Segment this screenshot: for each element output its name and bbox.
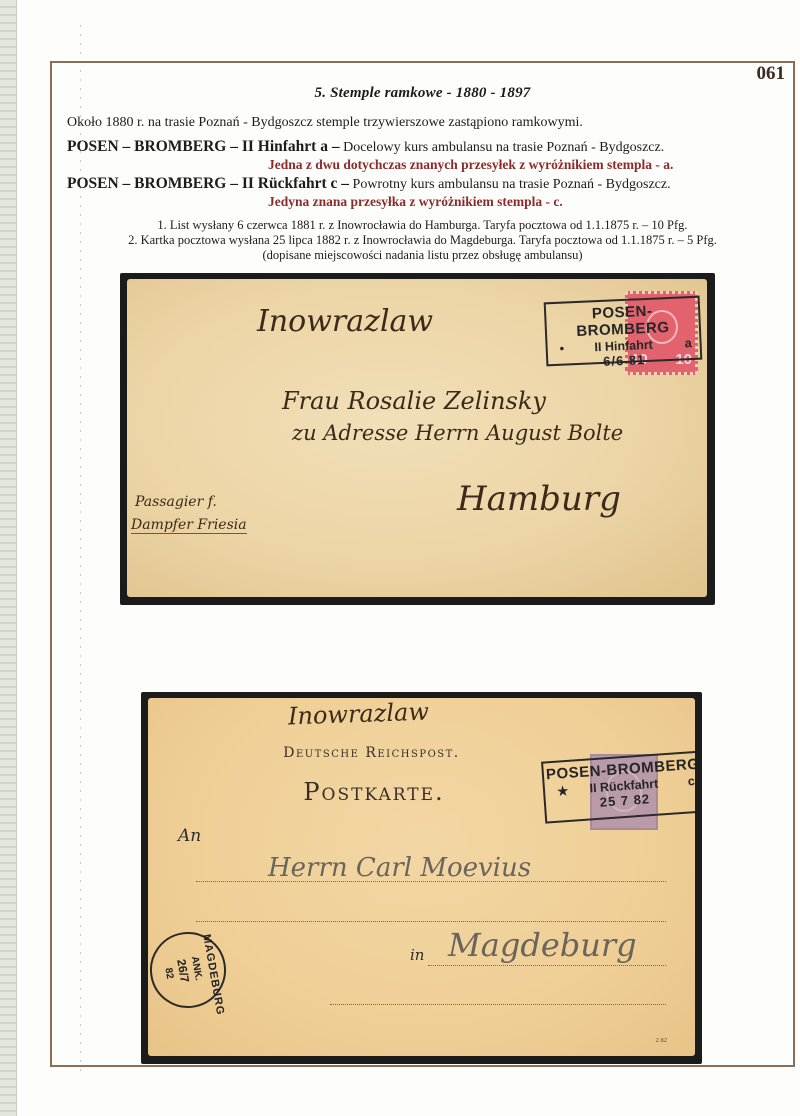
- frame-cancel-hinfahrt: POSEN-BROMBERG • II Hinfahrt a 6/6 81: [544, 296, 703, 367]
- cancel-line-1: POSEN-BROMBERG: [546, 301, 699, 342]
- in-label: in: [410, 946, 424, 964]
- address-dotted-line-3: [428, 965, 666, 966]
- envelope-address-line-3: Hamburg: [457, 479, 621, 519]
- route-description: Powrotny kurs ambulansu na trasie Poznań…: [349, 177, 671, 192]
- postcard-recipient-handwriting: Herrn Carl Moevius: [268, 853, 531, 883]
- cancel-star: ★: [557, 783, 569, 799]
- frame-cancel-rueckfahrt: POSEN-BROMBERG ★ II Rückfahrt c 25 7 82: [541, 750, 695, 823]
- note-1: 1. List wysłany 6 czerwca 1881 r. z Inow…: [52, 218, 793, 233]
- note-3: (dopisane miejscowości nadania listu prz…: [52, 248, 793, 263]
- page-number: 061: [757, 63, 786, 85]
- item-notes: 1. List wysłany 6 czerwca 1881 r. z Inow…: [52, 218, 793, 263]
- magdeburg-arrival-cancel: MAGDEBURG ANK. 26/7 82: [148, 926, 232, 1014]
- envelope-side-note-1: Passagier f.: [135, 494, 217, 510]
- envelope-address-line-2: zu Adresse Herrn August Bolte: [292, 421, 623, 445]
- cancel-route: II Hinfahrt: [594, 338, 653, 355]
- postcard: Inowrazlaw Deutsche Reichspost. Postkart…: [148, 698, 695, 1056]
- postcard-city-handwriting: Magdeburg: [448, 926, 637, 964]
- route-description: Docelowy kurs ambulansu na trasie Poznań…: [340, 140, 665, 155]
- envelope-origin-handwriting: Inowrazlaw: [257, 304, 433, 339]
- cancel-dot: •: [559, 342, 564, 356]
- cancel-suffix: a: [684, 336, 692, 350]
- print-code: 2 82: [656, 1037, 667, 1044]
- route-rueckfahrt: POSEN – BROMBERG – II Rückfahrt c – Powr…: [67, 175, 671, 193]
- envelope-mount: Inowrazlaw Frau Rosalie Zelinsky zu Adre…: [120, 273, 715, 605]
- envelope: Inowrazlaw Frau Rosalie Zelinsky zu Adre…: [127, 279, 707, 597]
- intro-text: Około 1880 r. na trasie Poznań - Bydgosz…: [67, 115, 583, 131]
- route-name: POSEN – BROMBERG – II Rückfahrt c –: [67, 175, 349, 192]
- route-note-rueckfahrt: Jedyna znana przesyłka z wyróżnikiem ste…: [268, 194, 563, 210]
- route-name: POSEN – BROMBERG – II Hinfahrt a –: [67, 138, 340, 155]
- postcard-mount: Inowrazlaw Deutsche Reichspost. Postkart…: [141, 692, 702, 1064]
- an-label: An: [178, 826, 201, 846]
- route-note-hinfahrt: Jedna z dwu dotychczas znanych przesyłek…: [268, 157, 673, 173]
- envelope-address-line-1: Frau Rosalie Zelinsky: [282, 387, 546, 415]
- note-2: 2. Kartka pocztowa wysłana 25 lipca 1882…: [52, 233, 793, 248]
- postcard-origin-handwriting: Inowrazlaw: [288, 698, 430, 730]
- envelope-side-note-2: Dampfer Friesia: [131, 517, 247, 534]
- cancel-suffix: c: [687, 774, 695, 788]
- route-hinfahrt: POSEN – BROMBERG – II Hinfahrt a – Docel…: [67, 138, 664, 156]
- address-dotted-line-2: [196, 921, 666, 922]
- binder-strip: [0, 0, 17, 1116]
- address-dotted-line-4: [330, 1004, 666, 1005]
- section-title: 5. Stemple ramkowe - 1880 - 1897: [52, 85, 793, 102]
